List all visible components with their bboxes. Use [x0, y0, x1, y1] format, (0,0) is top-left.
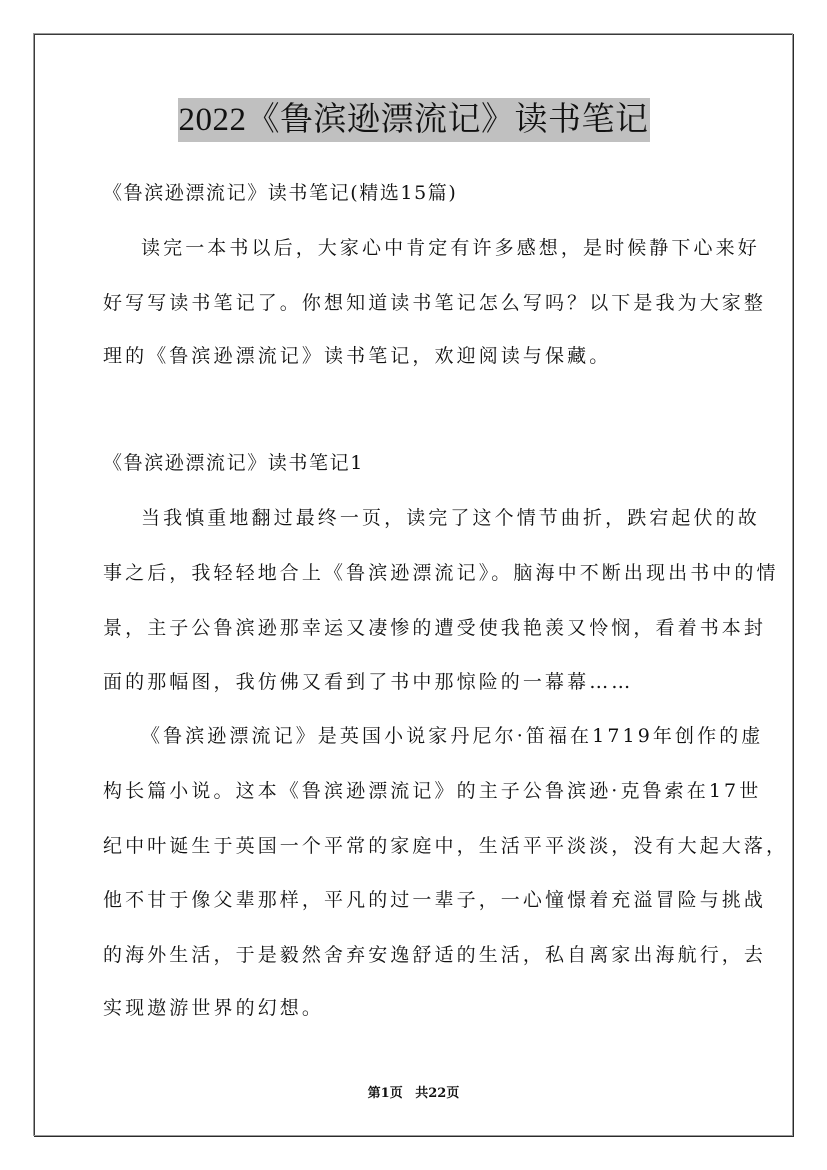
paragraph2-line-2: 构长篇小说。这本《鲁滨逊漂流记》的主子公鲁滨逊·克鲁索在17世 — [103, 778, 761, 804]
paragraph2-line-6: 实现遨游世界的幻想。 — [103, 995, 324, 1021]
paragraph2-line-4: 他不甘于像父辈那样，平凡的过一辈子，一心憧憬着充溢冒险与挑战 — [103, 887, 766, 913]
paragraph1-line-4: 面的那幅图，我仿佛又看到了书中那惊险的一幕幕…… — [103, 669, 633, 695]
paragraph2-line-1: 《鲁滨逊漂流记》是英国小说家丹尼尔·笛福在1719年创作的虚 — [141, 723, 763, 749]
document-title: 2022《鲁滨逊漂流记》读书笔记 — [178, 98, 650, 142]
document-subtitle: 《鲁滨逊漂流记》读书笔记(精选15篇) — [103, 180, 457, 206]
intro-line-1: 读完一本书以后，大家心中肯定有许多感想，是时候静下心来好 — [141, 235, 760, 261]
paragraph1-line-2: 事之后，我轻轻地合上《鲁滨逊漂流记》。脑海中不断出现出书中的情 — [103, 560, 779, 586]
page-number-current: 第1页 — [368, 1086, 403, 1101]
intro-line-3: 理的《鲁滨逊漂流记》读书笔记，欢迎阅读与保藏。 — [103, 343, 611, 369]
paragraph2-line-5: 的海外生活，于是毅然舍弃安逸舒适的生活，私自离家出海航行，去 — [103, 942, 766, 968]
paragraph2-line-3: 纪中叶诞生于英国一个平常的家庭中，生活平平淡淡，没有大起大落， — [103, 833, 788, 859]
paragraph1-line-1: 当我慎重地翻过最终一页，读完了这个情节曲折，跌宕起伏的故 — [141, 505, 760, 531]
title-container: 2022《鲁滨逊漂流记》读书笔记 — [0, 98, 827, 142]
page-footer: 第1页 共22页 — [0, 1082, 827, 1101]
page-number-total: 共22页 — [415, 1086, 459, 1101]
paragraph1-line-3: 景，主子公鲁滨逊那幸运又凄惨的遭受使我艳羡又怜悯，看着书本封 — [103, 615, 766, 641]
intro-line-2: 好写写读书笔记了。你想知道读书笔记怎么写吗？以下是我为大家整 — [103, 290, 766, 316]
section-heading: 《鲁滨逊漂流记》读书笔记1 — [103, 450, 364, 476]
